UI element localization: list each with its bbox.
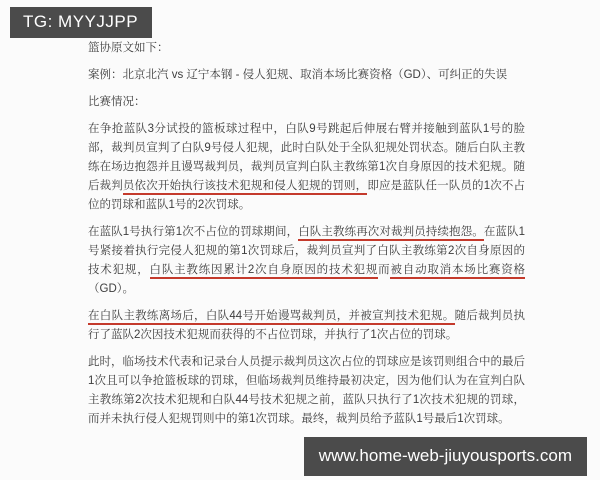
text-segment: 案例：北京北汽 vs 辽宁本钢 - 侵人犯规、取消本场比赛资格（GD）、可纠正的… bbox=[88, 69, 507, 81]
underlined-text: 被自动取消本场比赛资格 bbox=[390, 264, 525, 279]
underlined-text: 白队主教练因累计2次自身原因的技术犯规 bbox=[150, 264, 379, 279]
text-segment: 而 bbox=[378, 264, 390, 276]
underlined-text: 白队主教练再次对裁判员持续抱怨。 bbox=[298, 226, 484, 241]
underlined-text: 员依次开始执行该技术犯规和侵人犯规的罚则， bbox=[123, 180, 367, 195]
document-body: 篮协原文如下：案例：北京北汽 vs 辽宁本钢 - 侵人犯规、取消本场比赛资格（G… bbox=[88, 39, 525, 437]
paragraph: 在白队主教练离场后，白队44号开始谩骂裁判员，并被宣判技术犯规。随后裁判员执行了… bbox=[88, 307, 525, 345]
text-segment: 此时，临场技术代表和记录台人员提示裁判员这次占位的罚球应是该罚则组合中的最后1次… bbox=[88, 356, 525, 425]
paragraph: 在蓝队1号执行第1次不占位的罚球期间，白队主教练再次对裁判员持续抱怨。在蓝队1号… bbox=[88, 223, 525, 299]
paragraph: 在争抢蓝队3分试投的篮板球过程中，白队9号跳起后伸展右臂并接触到蓝队1号的脸部，… bbox=[88, 120, 525, 215]
underlined-text: 在白队主教练离场后，白队44号开始谩骂裁判员，并被宣判技术犯规。 bbox=[88, 310, 455, 325]
text-segment: 比赛情况： bbox=[88, 96, 146, 108]
paragraph: 比赛情况： bbox=[88, 93, 525, 112]
paragraph: 此时，临场技术代表和记录台人员提示裁判员这次占位的罚球应是该罚则组合中的最后1次… bbox=[88, 353, 525, 429]
site-watermark: www.home-web-jiuyousports.com bbox=[304, 437, 587, 476]
tg-badge: TG: MYYJJPP bbox=[10, 7, 152, 38]
paragraph: 案例：北京北汽 vs 辽宁本钢 - 侵人犯规、取消本场比赛资格（GD）、可纠正的… bbox=[88, 66, 525, 85]
text-segment: （GD）。 bbox=[88, 283, 134, 295]
paragraph: 篮协原文如下： bbox=[88, 39, 525, 58]
text-segment: 篮协原文如下： bbox=[88, 42, 169, 54]
text-segment: 在蓝队1号执行第1次不占位的罚球期间， bbox=[88, 226, 298, 238]
